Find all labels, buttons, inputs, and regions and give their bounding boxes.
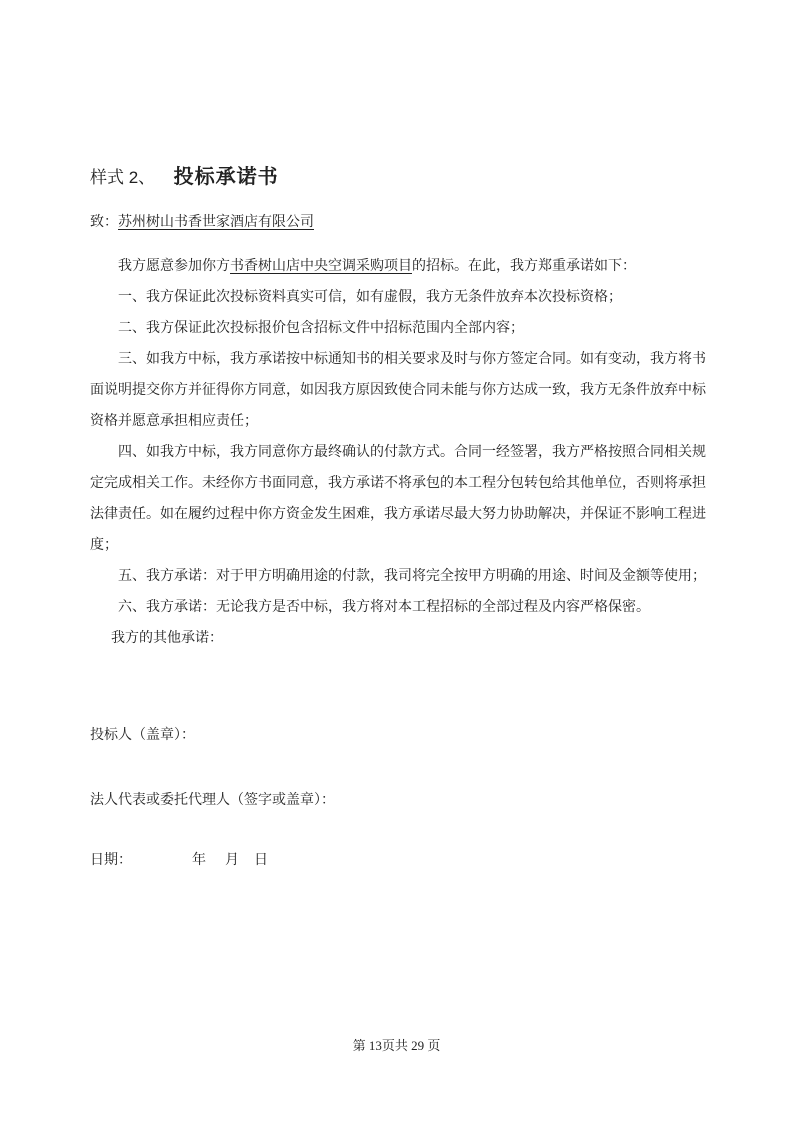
commitment-paragraph-6: 六、我方承诺：无论我方是否中标，我方将对本工程招标的全部过程及内容严格保密。 <box>90 591 710 622</box>
date-line: 日期：年月日 <box>90 844 710 875</box>
title-sample-number: 样式 2、 <box>90 168 155 187</box>
commitment-paragraph-5: 五、我方承诺：对于甲方明确用途的付款，我司将完全按甲方明确的用途、时间及金额等使… <box>90 560 710 591</box>
date-year-label: 年 <box>192 851 206 867</box>
commitment-paragraph-1: 一、我方保证此次投标资料真实可信，如有虚假，我方无条件放弃本次投标资格； <box>90 281 710 312</box>
page-number-footer: 第 13页共 29 页 <box>0 1036 793 1056</box>
date-day-label: 日 <box>254 851 268 867</box>
commitment-body: 我方愿意参加你方书香树山店中央空调采购项目的招标。在此，我方郑重承诺如下： 一、… <box>90 250 710 653</box>
recipient-label: 致： <box>90 213 118 229</box>
date-label: 日期： <box>90 851 132 867</box>
document-title-line: 样式 2、 投标承诺书 <box>90 162 710 194</box>
intro-paragraph: 我方愿意参加你方书香树山店中央空调采购项目的招标。在此，我方郑重承诺如下： <box>90 250 710 281</box>
commitment-paragraph-2: 二、我方保证此次投标报价包含招标文件中招标范围内全部内容； <box>90 312 710 343</box>
commitment-paragraph-3: 三、如我方中标，我方承诺按中标通知书的相关要求及时与你方签定合同。如有变动，我方… <box>90 343 710 436</box>
page-title: 投标承诺书 <box>174 166 279 188</box>
recipient-line: 致：苏州树山书香世家酒店有限公司 <box>90 209 710 233</box>
legal-representative-line: 法人代表或委托代理人（签字或盖章）： <box>90 784 710 815</box>
intro-text-before: 我方愿意参加你方 <box>118 257 230 273</box>
project-name-underlined: 书香树山店中央空调采购项目 <box>230 257 412 273</box>
document-content: 样式 2、 投标承诺书 致：苏州树山书香世家酒店有限公司 我方愿意参加你方书香树… <box>90 162 710 875</box>
bidder-seal-line: 投标人（盖章）： <box>90 719 710 750</box>
intro-text-after: 的招标。在此，我方郑重承诺如下： <box>412 257 636 273</box>
other-commitments-label: 我方的其他承诺： <box>90 622 710 653</box>
recipient-company-name: 苏州树山书香世家酒店有限公司 <box>118 213 314 229</box>
signature-block: 投标人（盖章）： 法人代表或委托代理人（签字或盖章）： 日期：年月日 <box>90 719 710 875</box>
commitment-paragraph-4: 四、如我方中标，我方同意你方最终确认的付款方式。合同一经签署，我方严格按照合同相… <box>90 436 710 560</box>
document-page: 样式 2、 投标承诺书 致：苏州树山书香世家酒店有限公司 我方愿意参加你方书香树… <box>0 0 793 1122</box>
date-month-label: 月 <box>225 851 239 867</box>
